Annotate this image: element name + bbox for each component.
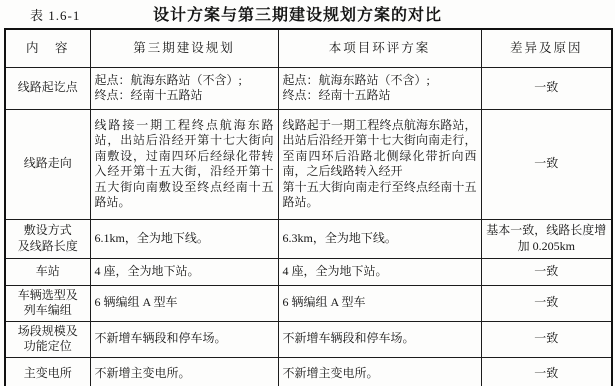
table-row: 车辆选型及 列车编组 6 辆编组 A 型车 6 辆编组 A 型车 一致 <box>5 285 612 321</box>
header-cell-content: 内 容 <box>5 29 90 67</box>
row-diff: 一致 <box>481 285 612 321</box>
row-category: 线路起讫点 <box>5 67 90 109</box>
table-row: 线路走向 线路接一期工程终点航海东路站，出站后沿经开第十七大街向南敷设，过南四环… <box>5 109 612 219</box>
row-diff: 一致 <box>481 321 612 357</box>
row-category: 车站 <box>5 258 90 285</box>
row-category: 主变电所 <box>5 357 90 386</box>
row-eia: 6 辆编组 A 型车 <box>278 285 481 321</box>
header-cell-diff: 差异及原因 <box>481 29 612 67</box>
row-diff: 一致 <box>481 258 612 285</box>
table-row: 敷设方式 及线路长度 6.1km，全为地下线。 6.3km，全为地下线。 基本一… <box>5 219 612 258</box>
row-eia: 起点：航海东路站（不含）; 终点：经南十五路站 <box>278 67 481 109</box>
row-category: 车辆选型及 列车编组 <box>5 285 90 321</box>
row-plan: 不新增车辆段和停车场。 <box>90 321 278 357</box>
table-row: 场段规模及 功能定位 不新增车辆段和停车场。 不新增车辆段和停车场。 一致 <box>5 321 612 357</box>
row-diff: 基本一致，线路长度增加 0.205km <box>481 219 612 258</box>
row-category: 敷设方式 及线路长度 <box>5 219 90 258</box>
title-bar: 表 1.6-1 设计方案与第三期建设规划方案的对比 <box>0 0 615 26</box>
table-row: 车站 4 座，全为地下站。 4 座，全为地下站。 一致 <box>5 258 612 285</box>
row-diff: 一致 <box>481 357 612 386</box>
row-category: 线路走向 <box>5 109 90 219</box>
header-cell-eia: 本项目环评方案 <box>278 29 481 67</box>
comparison-table: 内 容 第三期建设规划 本项目环评方案 差异及原因 线路起讫点 起点：航海东路站… <box>4 28 613 386</box>
row-plan: 起点：航海东路站（不含）; 终点：经南十五路站 <box>90 67 278 109</box>
row-eia: 不新增车辆段和停车场。 <box>278 321 481 357</box>
row-plan: 4 座，全为地下站。 <box>90 258 278 285</box>
row-diff: 一致 <box>481 67 612 109</box>
header-cell-plan: 第三期建设规划 <box>90 29 278 67</box>
table-row: 线路起讫点 起点：航海东路站（不含）; 终点：经南十五路站 起点：航海东路站（不… <box>5 67 612 109</box>
row-plan: 6 辆编组 A 型车 <box>90 285 278 321</box>
row-diff: 一致 <box>481 109 612 219</box>
document-page: 表 1.6-1 设计方案与第三期建设规划方案的对比 内 容 第三期建设规划 本项… <box>0 0 615 386</box>
row-plan: 线路接一期工程终点航海东路站，出站后沿经开第十七大街向南敷设，过南四环后经绿化带… <box>90 109 278 219</box>
row-eia: 6.3km，全为地下线。 <box>278 219 481 258</box>
row-plan: 6.1km，全为地下线。 <box>90 219 278 258</box>
header-row: 内 容 第三期建设规划 本项目环评方案 差异及原因 <box>5 29 612 67</box>
row-eia: 线路起于一期工程终点航海东路站，出站后沿经开第十七大街向南走行，至南四环后沿路北… <box>278 109 481 219</box>
row-category: 场段规模及 功能定位 <box>5 321 90 357</box>
table-title: 设计方案与第三期建设规划方案的对比 <box>0 2 595 25</box>
row-eia: 4 座，全为地下站。 <box>278 258 481 285</box>
row-plan: 不新增主变电所。 <box>90 357 278 386</box>
table-row: 主变电所 不新增主变电所。 不新增主变电所。 一致 <box>5 357 612 386</box>
row-eia: 不新增主变电所。 <box>278 357 481 386</box>
